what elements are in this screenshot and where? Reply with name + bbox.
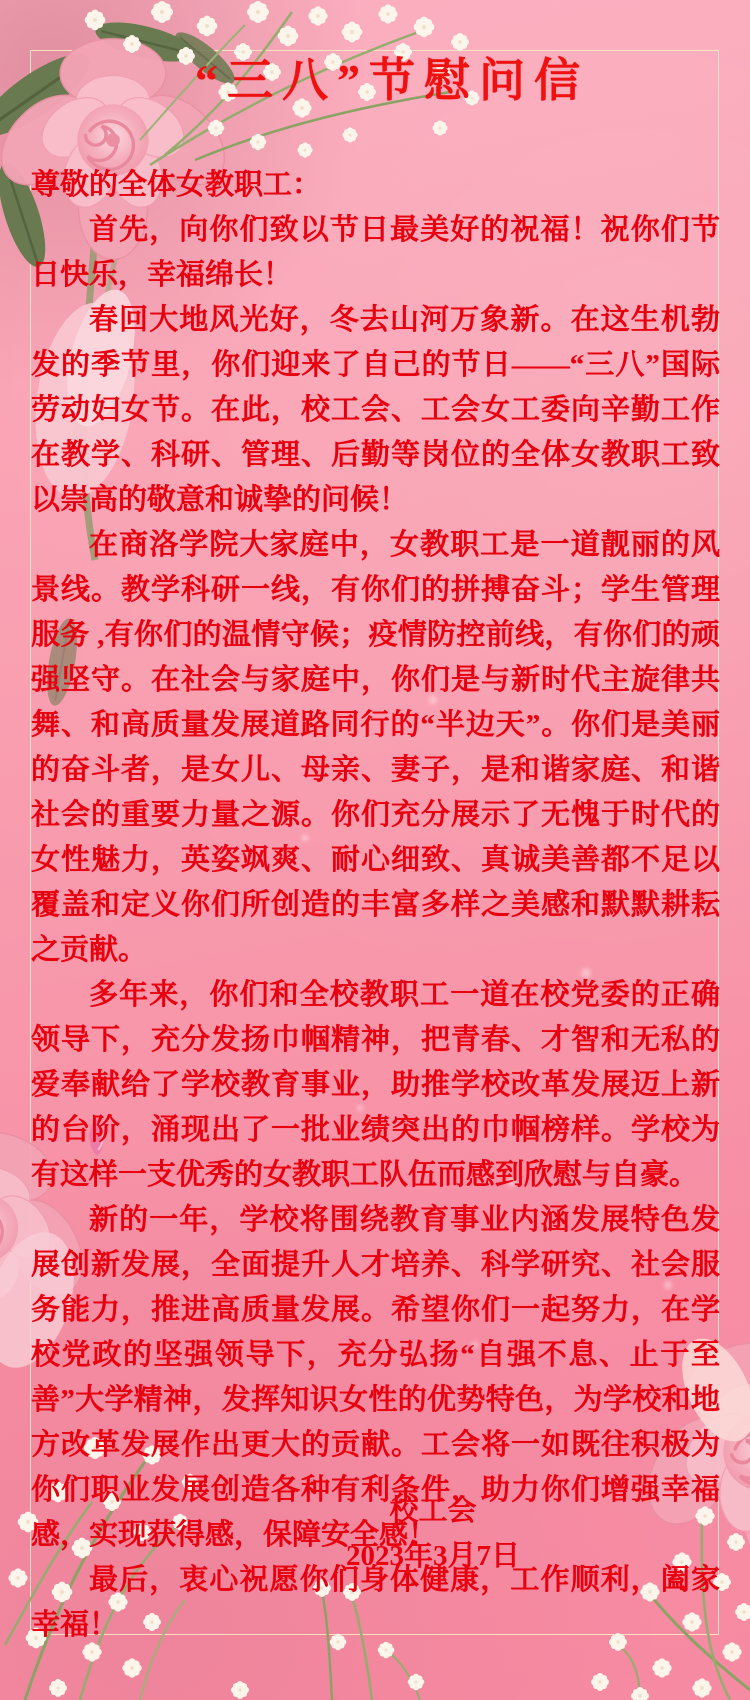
letter-paragraph: 首先，向你们致以节日最美好的祝福！祝你们节日快乐，幸福绵长！ [31,208,720,298]
letter-signature: 校工会 [116,1489,750,1534]
letter-paragraph: 在商洛学院大家庭中，女教职工是一道靓丽的风景线。教学科研一线，有你们的拼搏奋斗；… [31,523,720,973]
letter-date: 2023年3月7日 [116,1534,750,1579]
letter-title: “三八”节慰问信 [0,44,750,110]
letter-salutation: 尊敬的全体女教职工： [31,163,720,208]
letter-page: { "letter": { "title": "“三八”节慰问信", "salu… [0,0,750,1700]
letter-paragraph: 多年来，你们和全校教职工一道在校党委的正确领导下，充分发扬巾帼精神，把青春、才智… [31,973,720,1198]
letter-body: 尊敬的全体女教职工： 首先，向你们致以节日最美好的祝福！祝你们节日快乐，幸福绵长… [31,163,720,1648]
signature-block: 校工会 2023年3月7日 [0,1489,750,1579]
letter-paragraph: 春回大地风光好，冬去山河万象新。在这生机勃发的季节里，你们迎来了自己的节日——“… [31,298,720,523]
